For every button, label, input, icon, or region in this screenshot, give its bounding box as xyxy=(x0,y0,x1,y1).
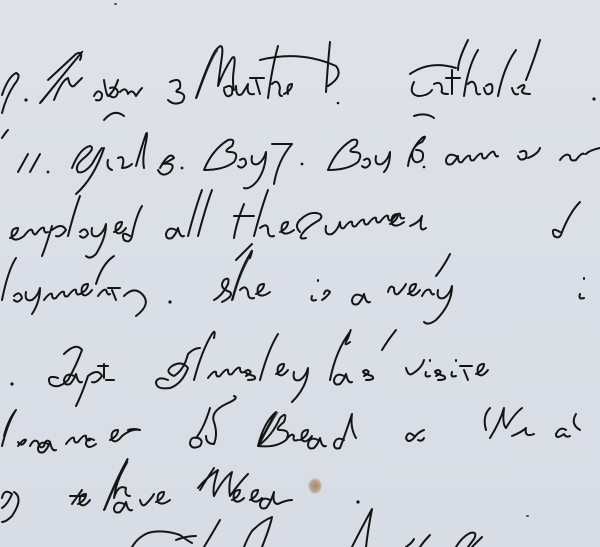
paper-stain xyxy=(308,478,322,494)
paper-speck xyxy=(114,3,117,5)
paper-speck xyxy=(526,515,529,517)
manuscript-page: 9. Widow 3 Mouths. Catholic . 11. Girl 8… xyxy=(0,0,600,547)
handwriting-ink xyxy=(0,0,600,547)
